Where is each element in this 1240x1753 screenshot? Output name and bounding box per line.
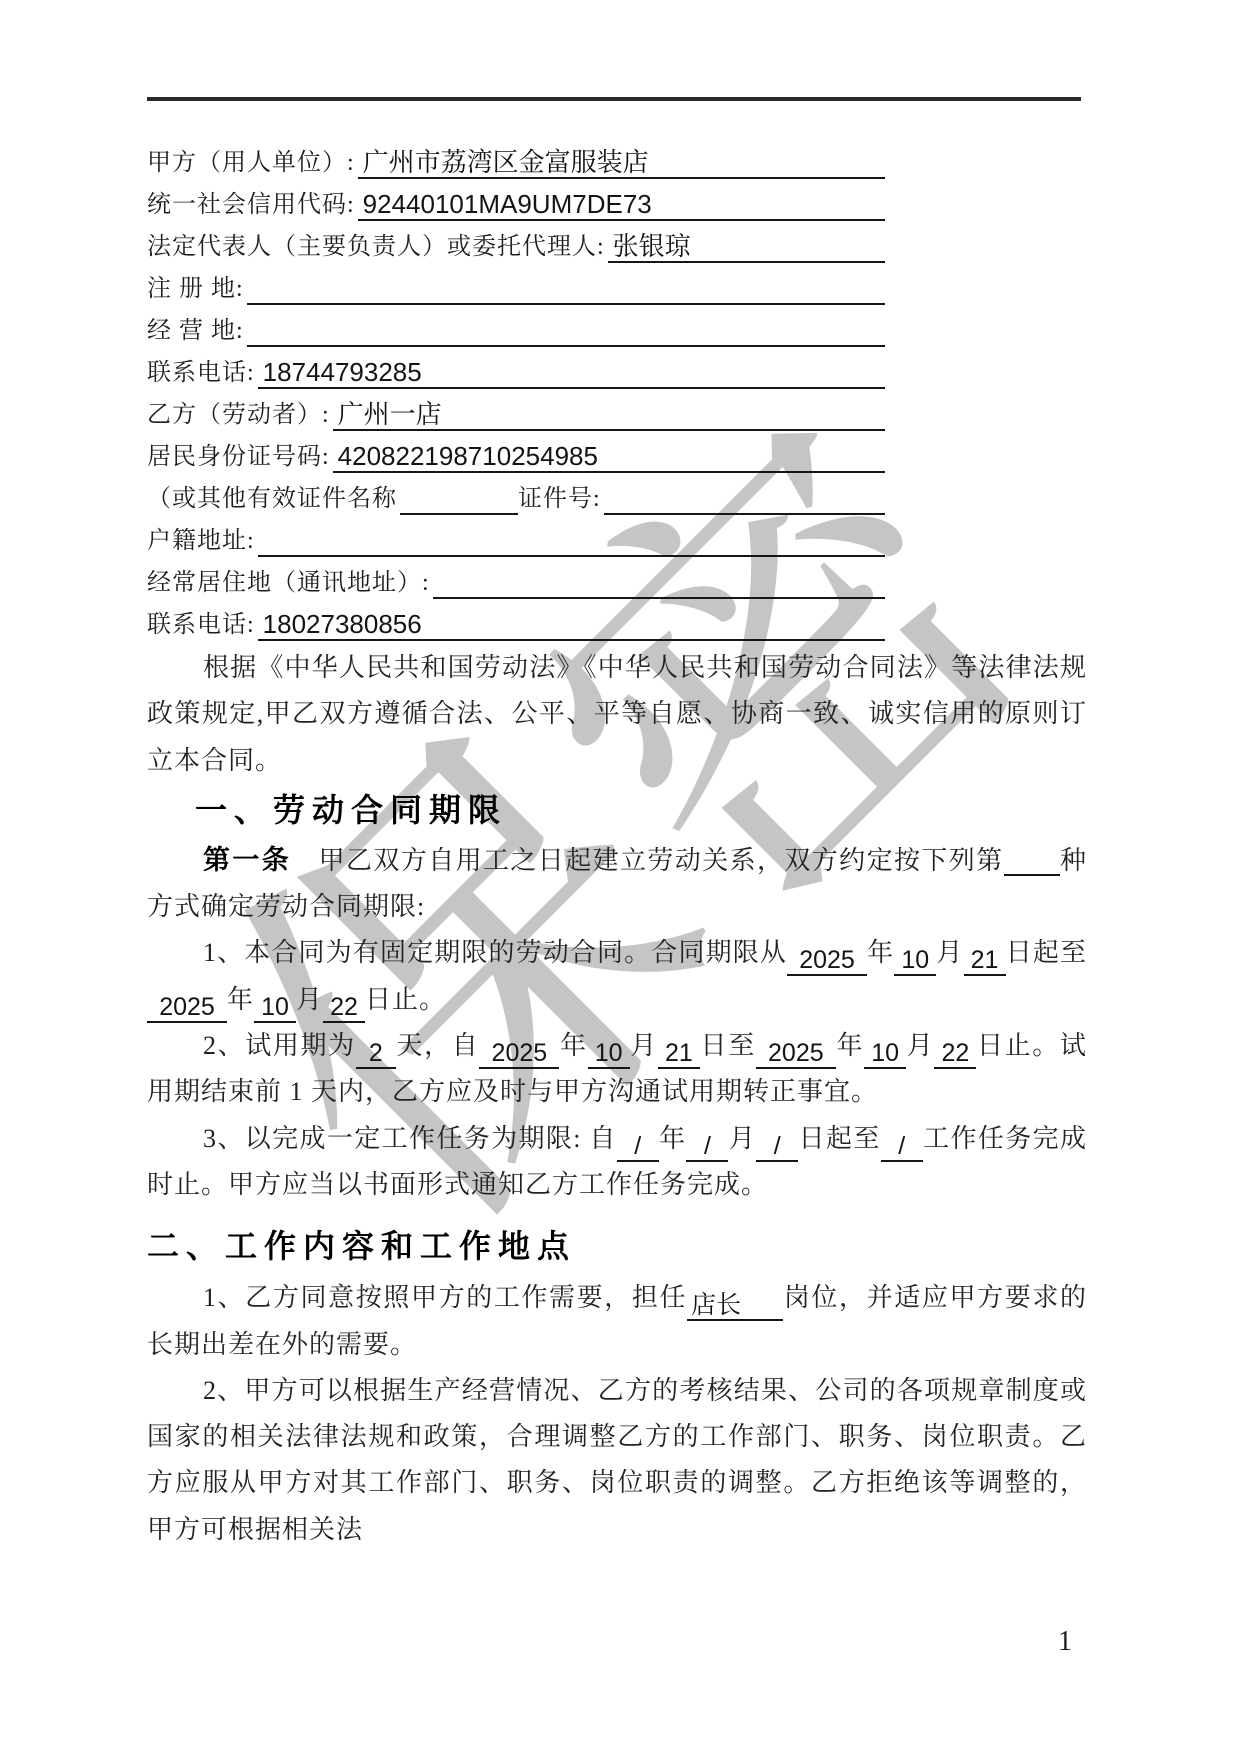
field-underline: 18744793285 bbox=[258, 351, 885, 389]
section-heading: 二、工作内容和工作地点 bbox=[147, 1224, 1087, 1269]
form-row: 经常居住地（通讯地址）: bbox=[147, 557, 885, 599]
field-value: 18744793285 bbox=[258, 358, 422, 387]
field-underline bbox=[400, 477, 518, 515]
paragraph: 2、甲方可以根据生产经营情况、乙方的考核结果、公司的各项规章制度或国家的相关法律… bbox=[147, 1368, 1087, 1553]
form-row: （或其他有效证件名称证件号: bbox=[147, 473, 885, 515]
field-label: 注 册 地: bbox=[147, 268, 244, 305]
section-heading: 一、劳动合同期限 bbox=[195, 788, 1087, 833]
field-label: 甲方（用人单位）: bbox=[147, 142, 355, 179]
form-row: 联系电话:18027380856 bbox=[147, 599, 885, 641]
field-label: 户籍地址: bbox=[147, 520, 255, 557]
fill-value: 2025 bbox=[147, 993, 227, 1023]
form-row: 统一社会信用代码:92440101MA9UM7DE73 bbox=[147, 179, 885, 221]
fill-value: / bbox=[617, 1132, 659, 1162]
fill-value: 2025 bbox=[787, 946, 867, 976]
fill-value: 22 bbox=[323, 993, 365, 1023]
fill-value: 22 bbox=[934, 1039, 976, 1069]
field-underline bbox=[258, 519, 885, 557]
fill-value: / bbox=[756, 1132, 798, 1162]
form-row: 乙方（劳动者）:广州一店 bbox=[147, 389, 885, 431]
field-underline: 92440101MA9UM7DE73 bbox=[358, 183, 885, 221]
field-underline: 张银琼 bbox=[608, 225, 885, 263]
field-label: 统一社会信用代码: bbox=[147, 184, 355, 221]
fill-value: 2 bbox=[356, 1039, 396, 1069]
paragraph: 第一条 甲乙双方自用工之日起建立劳动关系，双方约定按下列第种方式确定劳动合同期限… bbox=[147, 837, 1087, 931]
form-row: 联系电话:18744793285 bbox=[147, 347, 885, 389]
field-label: 联系电话: bbox=[147, 604, 255, 641]
field-label: （或其他有效证件名称 bbox=[147, 478, 397, 515]
fill-value: 店长 bbox=[687, 1291, 783, 1321]
form-row: 经 营 地: bbox=[147, 305, 885, 347]
field-underline bbox=[247, 309, 885, 347]
blank-underline bbox=[1004, 846, 1060, 876]
field-label: 经常居住地（通讯地址）: bbox=[147, 562, 430, 599]
contract-page: 保密 甲方（用人单位）:广州市荔湾区金富服装店统一社会信用代码:92440101… bbox=[0, 0, 1240, 1753]
bold-term: 第一条 bbox=[203, 845, 291, 875]
form-row: 注 册 地: bbox=[147, 263, 885, 305]
party-info-form: 甲方（用人单位）:广州市荔湾区金富服装店统一社会信用代码:92440101MA9… bbox=[147, 137, 885, 641]
field-underline bbox=[433, 561, 885, 599]
field-underline: 420822198710254985 bbox=[333, 435, 885, 473]
field-underline: 广州一店 bbox=[333, 393, 885, 431]
field-value: 广州市荔湾区金富服装店 bbox=[358, 148, 649, 177]
field-underline bbox=[604, 477, 885, 515]
field-label: 联系电话: bbox=[147, 352, 255, 389]
contract-body: 根据《中华人民共和国劳动法》《中华人民共和国劳动合同法》等法律法规政策规定,甲乙… bbox=[147, 645, 1087, 1553]
fill-value: / bbox=[881, 1132, 923, 1162]
fill-value: 10 bbox=[254, 993, 296, 1023]
header-rule bbox=[147, 97, 1081, 101]
paragraph: 3、以完成一定工作任务为期限: 自/年/月/日起至/工作任务完成时止。甲方应当以… bbox=[147, 1116, 1087, 1209]
fill-value: 21 bbox=[658, 1039, 700, 1069]
form-row: 甲方（用人单位）:广州市荔湾区金富服装店 bbox=[147, 137, 885, 179]
field-value: 广州一店 bbox=[333, 400, 442, 429]
form-row: 居民身份证号码:420822198710254985 bbox=[147, 431, 885, 473]
form-row: 法定代表人（主要负责人）或委托代理人:张银琼 bbox=[147, 221, 885, 263]
paragraph: 1、乙方同意按照甲方的工作需要，担任店长岗位，并适应甲方要求的长期出差在外的需要… bbox=[147, 1275, 1087, 1368]
field-label: 乙方（劳动者）: bbox=[147, 394, 330, 431]
field-underline: 18027380856 bbox=[258, 603, 885, 641]
field-value: 18027380856 bbox=[258, 610, 422, 639]
fill-value: 2025 bbox=[479, 1039, 559, 1069]
fill-value: 10 bbox=[894, 946, 936, 976]
field-underline: 广州市荔湾区金富服装店 bbox=[358, 141, 885, 179]
page-number: 1 bbox=[1058, 1626, 1072, 1658]
field-label: 经 营 地: bbox=[147, 310, 244, 347]
page-content: 甲方（用人单位）:广州市荔湾区金富服装店统一社会信用代码:92440101MA9… bbox=[147, 97, 1087, 1553]
field-value: 92440101MA9UM7DE73 bbox=[358, 190, 652, 219]
field-label: 居民身份证号码: bbox=[147, 436, 330, 473]
field-value: 张银琼 bbox=[608, 232, 691, 261]
fill-value: 10 bbox=[864, 1039, 906, 1069]
paragraph: 1、本合同为有固定期限的劳动合同。合同期限从2025年10月21日起至2025年… bbox=[147, 930, 1087, 1023]
fill-value: / bbox=[686, 1132, 728, 1162]
field-label: 法定代表人（主要负责人）或委托代理人: bbox=[147, 226, 605, 263]
field-label: 证件号: bbox=[518, 478, 601, 515]
paragraph: 根据《中华人民共和国劳动法》《中华人民共和国劳动合同法》等法律法规政策规定,甲乙… bbox=[147, 645, 1087, 784]
field-value: 420822198710254985 bbox=[333, 442, 598, 471]
fill-value: 21 bbox=[964, 946, 1006, 976]
form-row: 户籍地址: bbox=[147, 515, 885, 557]
fill-value: 10 bbox=[588, 1039, 630, 1069]
paragraph: 2、试用期为2天，自2025年10月21日至2025年10月22日止。试用期结束… bbox=[147, 1023, 1087, 1116]
fill-value: 2025 bbox=[756, 1039, 836, 1069]
field-underline bbox=[247, 267, 885, 305]
